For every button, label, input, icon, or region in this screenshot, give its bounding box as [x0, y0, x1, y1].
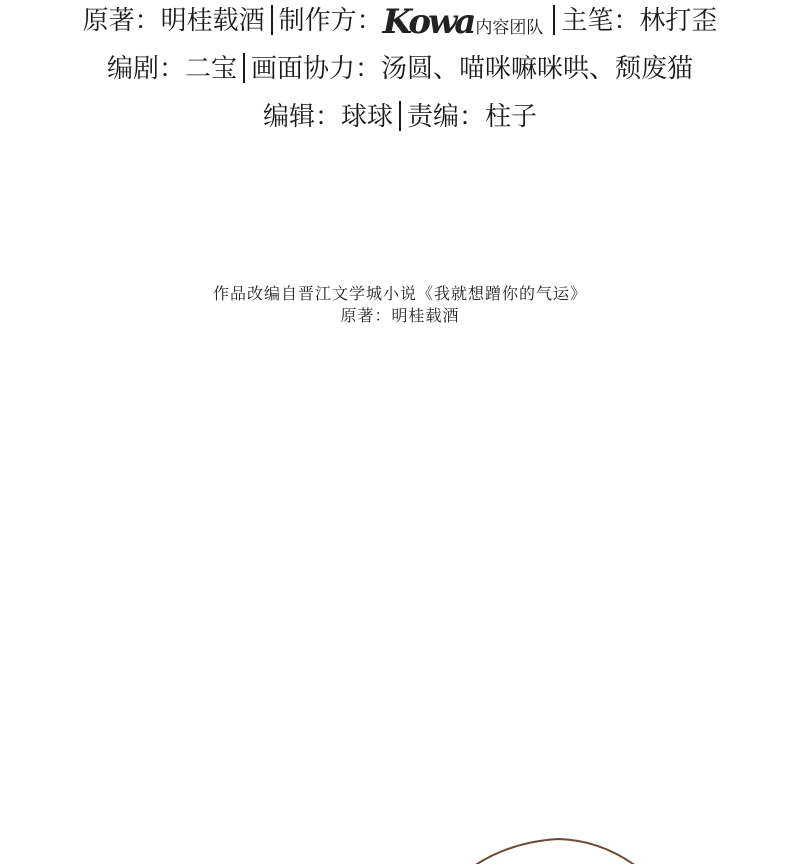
- divider: [553, 5, 555, 35]
- divider: [399, 101, 401, 131]
- original-author-note: 原著：明桂载酒: [0, 305, 800, 327]
- illustration-arc: [470, 836, 640, 864]
- art-assist-label: 画面协力：: [251, 54, 381, 84]
- lead-artist-label: 主笔：: [561, 6, 639, 36]
- producer-label: 制作方：: [279, 6, 383, 36]
- art-assist-value: 汤圆、喵咪嘛咪哄、颓废猫: [381, 54, 693, 84]
- divider: [243, 53, 245, 83]
- credits-line-2: 编剧：二宝画面协力：汤圆、喵咪嘛咪哄、颓废猫: [0, 52, 800, 86]
- editor-label: 编辑：: [263, 102, 341, 132]
- editor-value: 球球: [341, 102, 393, 132]
- chief-editor-value: 柱子: [485, 102, 537, 132]
- lead-artist-value: 林打歪: [639, 6, 717, 36]
- credits-line-3: 编辑：球球责编：柱子: [0, 100, 800, 134]
- script-value: 二宝: [185, 54, 237, 84]
- original-author-label: 原著：: [83, 6, 161, 36]
- kowa-logo: Kowa内容团队: [383, 5, 548, 45]
- adaptation-note: 作品改编自晋江文学城小说《我就想蹭你的气运》: [0, 283, 800, 305]
- producer-team: 内容团队: [475, 18, 543, 38]
- divider: [271, 5, 273, 35]
- credits-line-1: 原著：明桂载酒制作方：Kowa内容团队主笔：林打歪: [0, 4, 800, 45]
- original-author-value: 明桂载酒: [161, 6, 265, 36]
- kowa-logo-script: Kowa: [383, 2, 474, 42]
- chief-editor-label: 责编：: [407, 102, 485, 132]
- script-label: 编剧：: [107, 54, 185, 84]
